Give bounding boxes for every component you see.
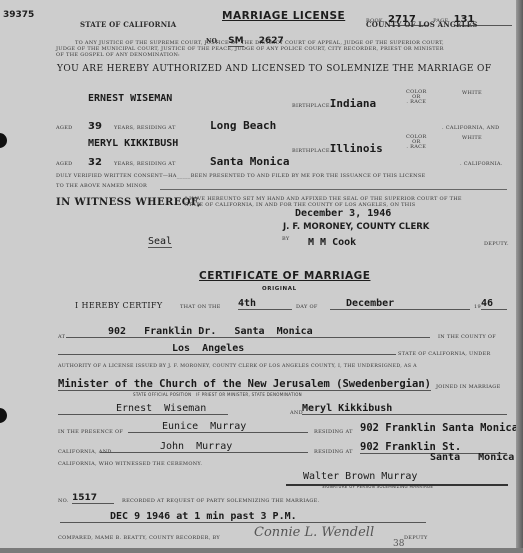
and-label: AND	[290, 410, 303, 416]
witness-1-address: 902 Franklin Santa Monica	[360, 422, 518, 434]
punch-hole-icon	[0, 133, 7, 148]
recording-no-label: NO.	[58, 498, 69, 504]
bride-california: . CALIFORNIA.	[460, 161, 503, 167]
day-of-label: DAY OF	[296, 304, 318, 310]
state-label: STATE OF CALIFORNIA	[80, 20, 176, 29]
recording-no: 1517	[72, 493, 114, 504]
marriage-location: 902 Franklin Dr. Santa Monica	[66, 326, 430, 338]
in-county-label: IN THE COUNTY OF	[438, 334, 496, 340]
bride-age: 32	[88, 157, 102, 168]
bride-color: WHITE	[462, 135, 482, 141]
authority-statement: AUTHORITY OF A LICENSE ISSUED BY J. F. M…	[58, 364, 417, 369]
compared-text: COMPARED, MAME B. BEATTY, COUNTY RECORDE…	[58, 535, 220, 541]
groom-age: 39	[88, 121, 102, 132]
marriage-county: Los Angeles	[58, 343, 396, 355]
residing-label: RESIDING AT	[314, 429, 353, 435]
page-bottom-edge	[0, 548, 523, 553]
groom-birthplace: BIRTHPLACEIndiana	[292, 92, 376, 111]
birthplace-label: BIRTHPLACE	[292, 103, 330, 109]
witness-2-name: John Murray	[100, 441, 308, 453]
page-edge	[516, 0, 523, 553]
marriage-day: 4th	[238, 298, 292, 310]
punch-hole-icon	[0, 408, 7, 423]
presence-label: IN THE PRESENCE OF	[58, 429, 123, 435]
birthplace-value: Illinois	[330, 142, 383, 155]
seal-label: Seal	[148, 236, 172, 248]
consent-statement: DULY VERIFIED WRITTEN CONSENT—HA_____BEE…	[56, 173, 426, 179]
by-label: BY	[282, 236, 290, 242]
groom-residence: Long Beach	[210, 119, 276, 132]
certificate-title: CERTIFICATE OF MARRIAGE	[199, 270, 370, 282]
county-label: COUNTY OF LOS ANGELES	[366, 20, 478, 29]
deputy-label: DEPUTY.	[484, 241, 509, 247]
license-title: MARRIAGE LICENSE	[222, 10, 345, 22]
witness-2-address-line-2: Santa Monica	[430, 452, 514, 463]
signature-caption: SIGNATURE OF PERSON SOLEMNIZING MARRIAGE	[322, 484, 433, 489]
certificate-bride-name: Meryl Kikkibush	[302, 403, 507, 415]
recording-deputy-label: DEPUTY	[404, 535, 428, 541]
marriage-year: 46	[481, 298, 507, 310]
witness-1-name: Eunice Murray	[128, 421, 308, 433]
recorded-datetime: DEC 9 1946 at 1 min past 3 P.M.	[60, 511, 426, 523]
bride-aged-label: AGED	[56, 161, 72, 167]
authorization-statement: YOU ARE HEREBY AUTHORIZED AND LICENSED T…	[57, 64, 491, 74]
witnessed-label: CALIFORNIA, WHO WITNESSED THE CEREMONY.	[58, 461, 202, 467]
certificate-subtitle: ORIGINAL	[262, 286, 297, 292]
certificate-groom-name: Ernest Wiseman	[58, 403, 228, 415]
deputy-signature: Connie L. Wendell	[254, 525, 374, 540]
issue-date: December 3, 1946	[295, 208, 391, 219]
groom-name: ERNEST WISEMAN	[88, 93, 172, 104]
color-race-label: COLOR OR . RACE	[406, 90, 427, 105]
residing-label: RESIDING AT	[314, 449, 353, 455]
document-page: 39375 MARRIAGE LICENSE STATE OF CALIFORN…	[0, 0, 516, 548]
county-clerk: J. F. MORONEY, COUNTY CLERK	[283, 222, 429, 232]
record-number: 39375	[3, 10, 34, 20]
consent-minor: TO THE ABOVE NAMED MINOR	[56, 183, 147, 189]
bride-name: MERYL KIKKIBUSH	[88, 138, 178, 149]
race-label: . RACE	[406, 100, 427, 105]
bride-residence: Santa Monica	[210, 155, 289, 168]
color-race-label: COLOR OR . RACE	[406, 135, 427, 150]
year-prefix: 19	[474, 304, 481, 310]
bride-years-label: YEARS, RESIDING AT	[114, 161, 176, 167]
marriage-month: December	[330, 298, 470, 310]
bride-birthplace: BIRTHPLACEIllinois	[292, 137, 383, 156]
groom-color: WHITE	[462, 90, 482, 96]
race-label: . RACE	[406, 145, 427, 150]
certify-label: I HEREBY CERTIFY	[75, 301, 163, 310]
consent-line	[160, 189, 507, 190]
that-on-label: THAT ON THE	[180, 304, 221, 310]
addressees-line-3: OF THE GOSPEL OF ANY DENOMINATION:	[56, 52, 180, 58]
groom-aged-label: AGED	[56, 125, 72, 131]
officiant-position: Minister of the Church of the New Jerusa…	[58, 378, 431, 391]
witness-heading: IN WITNESS WHEREOF,	[56, 197, 201, 208]
recorded-text: RECORDED AT REQUEST OF PARTY SOLEMNIZING…	[122, 498, 320, 504]
birthplace-value: Indiana	[330, 97, 376, 110]
position-caption: STATE OFFICIAL POSITION	[133, 392, 191, 397]
deputy-name: M M Cook	[308, 237, 356, 248]
state-under-label: STATE OF CALIFORNIA, UNDER	[398, 351, 491, 357]
groom-years-label: YEARS, RESIDING AT	[114, 125, 176, 131]
denomination-caption: IF PRIEST OR MINISTER, STATE DENOMINATIO…	[196, 392, 302, 397]
birthplace-label: BIRTHPLACE	[292, 148, 330, 154]
groom-california-and: . CALIFORNIA, AND	[442, 125, 499, 131]
joined-label: JOINED IN MARRIAGE	[436, 384, 501, 390]
officiant-signature: Walter Brown Murray	[303, 471, 417, 482]
at-label: AT	[58, 334, 65, 340]
